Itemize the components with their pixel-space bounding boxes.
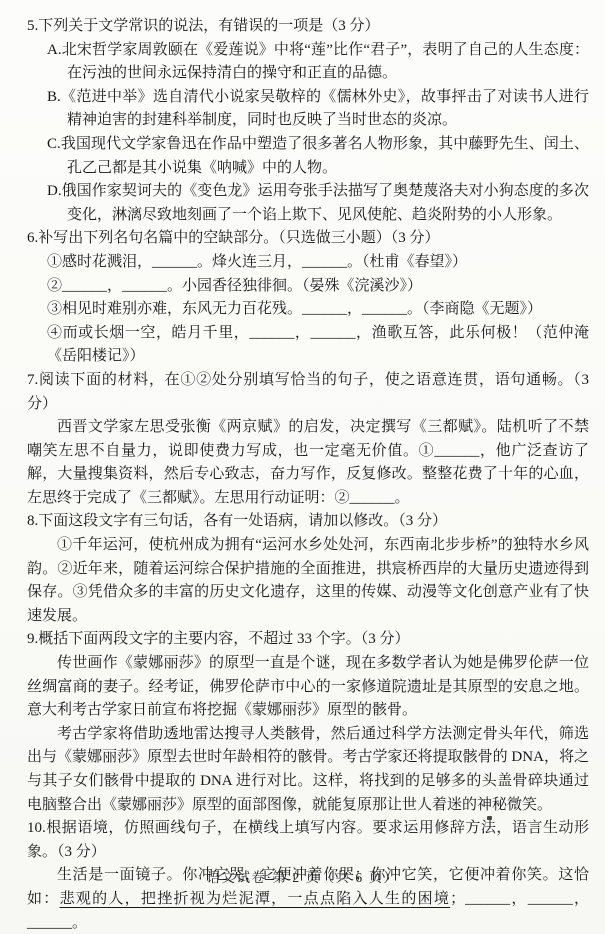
question-6-stem: 6.补写出下列名句名篇中的空缺部分。（只选做三小题）（3 分） — [27, 227, 589, 251]
page-footer: 语文试卷·第 2 页（共 6 页） — [0, 866, 605, 890]
question-6-item-1: ①感时花溅泪，______。烽火连三月，______。（杜甫《春望》） — [27, 251, 589, 275]
question-6-item-4: ④而或长烟一空，皓月千里，______，______，渔歌互答，此乐何极！（范仲… — [27, 322, 589, 369]
question-8-stem: 8.下面这段文字有三句话，各有一处语病，请加以修改。（3 分） — [27, 510, 589, 534]
question-9: 9.概括下面两段文字的主要内容，不超过 33 个字。（3 分） 传世画作《蒙娜丽… — [27, 628, 589, 817]
question-9-stem: 9.概括下面两段文字的主要内容，不超过 33 个字。（3 分） — [27, 628, 589, 652]
question-5-option-d: D.俄国作家契诃夫的《变色龙》运用夸张手法描写了奥楚蔑洛夫对小狗态度的多次变化，… — [27, 180, 589, 227]
page-footer-text: 语文试卷·第 2 页（共 6 页） — [207, 870, 399, 885]
question-6-item-3: ③相见时难别亦难，东风无力百花残。______，______。（李商隐《无题》） — [27, 298, 589, 322]
scan-noise-speck — [487, 816, 492, 820]
question-5-option-c: C.我国现代文学家鲁迅在作品中塑造了很多著名人物形象，其中藤野先生、闰土、孔乙己… — [27, 133, 589, 180]
question-8-passage: ①千年运河，使杭州成为拥有“运河水乡处处河，东西南北步步桥”的独特水乡风韵。②近… — [27, 534, 589, 628]
question-7: 7.阅读下面的材料，在①②处分别填写恰当的句子，使之语意连贯，语句通畅。（3 分… — [27, 369, 589, 511]
exam-page: 5.下列关于文学常识的说法，有错误的一项是（3 分） A.北宋哲学家周敦颐在《爱… — [0, 0, 605, 934]
question-10-example-underlined: 悲观的人，把挫折视为烂泥潭，一点点陷入人生的困境 — [60, 891, 451, 907]
question-6: 6.补写出下列名句名篇中的空缺部分。（只选做三小题）（3 分） ①感时花溅泪，_… — [27, 227, 589, 369]
question-9-paragraph-2: 考古学家将借助透地雷达搜寻人类骸骨，然后通过科学方法测定骨头年代，筛选出与《蒙娜… — [27, 723, 589, 817]
question-9-paragraph-1: 传世画作《蒙娜丽莎》的原型一直是个谜，现在多数学者认为她是佛罗伦萨一位丝绸富商的… — [27, 652, 589, 723]
question-7-material: 西晋文学家左思受张衡《两京赋》的启发，决定撰写《三都赋》。陆机听了不禁嘲笑左思不… — [27, 416, 589, 510]
question-5-option-b: B.《范进中举》选自清代小说家吴敬梓的《儒林外史》，故事抨击了对读书人进行精神迫… — [27, 86, 589, 133]
question-5-option-a: A.北宋哲学家周敦颐在《爱莲说》中将“莲”比作“君子”，表明了自己的人生态度：在… — [27, 39, 589, 86]
question-8: 8.下面这段文字有三句话，各有一处语病，请加以修改。（3 分） ①千年运河，使杭… — [27, 510, 589, 628]
question-7-stem: 7.阅读下面的材料，在①②处分别填写恰当的句子，使之语意连贯，语句通畅。（3 分… — [27, 369, 589, 416]
question-5-stem: 5.下列关于文学常识的说法，有错误的一项是（3 分） — [27, 15, 589, 39]
question-10-stem: 10.根据语境，仿照画线句子，在横线上填写内容。要求运用修辞方法，语言生动形象。… — [27, 817, 589, 864]
question-5: 5.下列关于文学常识的说法，有错误的一项是（3 分） A.北宋哲学家周敦颐在《爱… — [27, 15, 589, 227]
question-6-item-2: ②______，______。小园香径独徘徊。（晏殊《浣溪沙》） — [27, 275, 589, 299]
